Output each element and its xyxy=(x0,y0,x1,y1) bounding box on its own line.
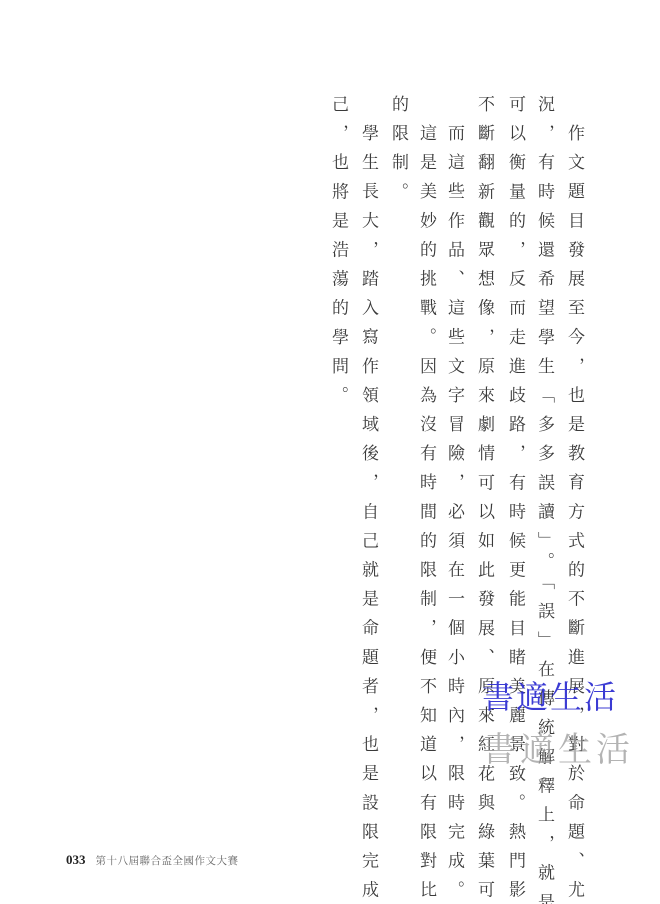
book-title: 第十八屆聯合盃全國作文大賽 xyxy=(96,853,239,868)
text-column-5: 而這些作品、這些文字冒險，必須在一個小時內，限時完成。 xyxy=(444,95,464,854)
page-number: 033 xyxy=(66,852,86,868)
text-column-6: 這是美妙的挑戰。因為沒有時間的限制，便不知道以有限對比無限。劃出一個框架的目的，… xyxy=(416,95,436,854)
text-column-8: 學生長大，踏入寫作領域後，自己就是命題者，也是設限完成的人，從那一個「囚」字中，… xyxy=(358,95,378,854)
watermark-logo: 書適生活 xyxy=(482,672,618,718)
document-page: 作文題目發展至今，也是教育方式的不斷進展，對於命題、尤其圖像式命題，不僅有「誤讀… xyxy=(0,0,660,904)
text-column-9: 己，也將是浩蕩的學問。 xyxy=(328,95,348,825)
text-column-7: 的限制。 xyxy=(388,95,408,825)
page-footer: 033 第十八屆聯合盃全國作文大賽 xyxy=(66,852,239,868)
watermark-shadow: 書適生活 xyxy=(482,722,634,771)
